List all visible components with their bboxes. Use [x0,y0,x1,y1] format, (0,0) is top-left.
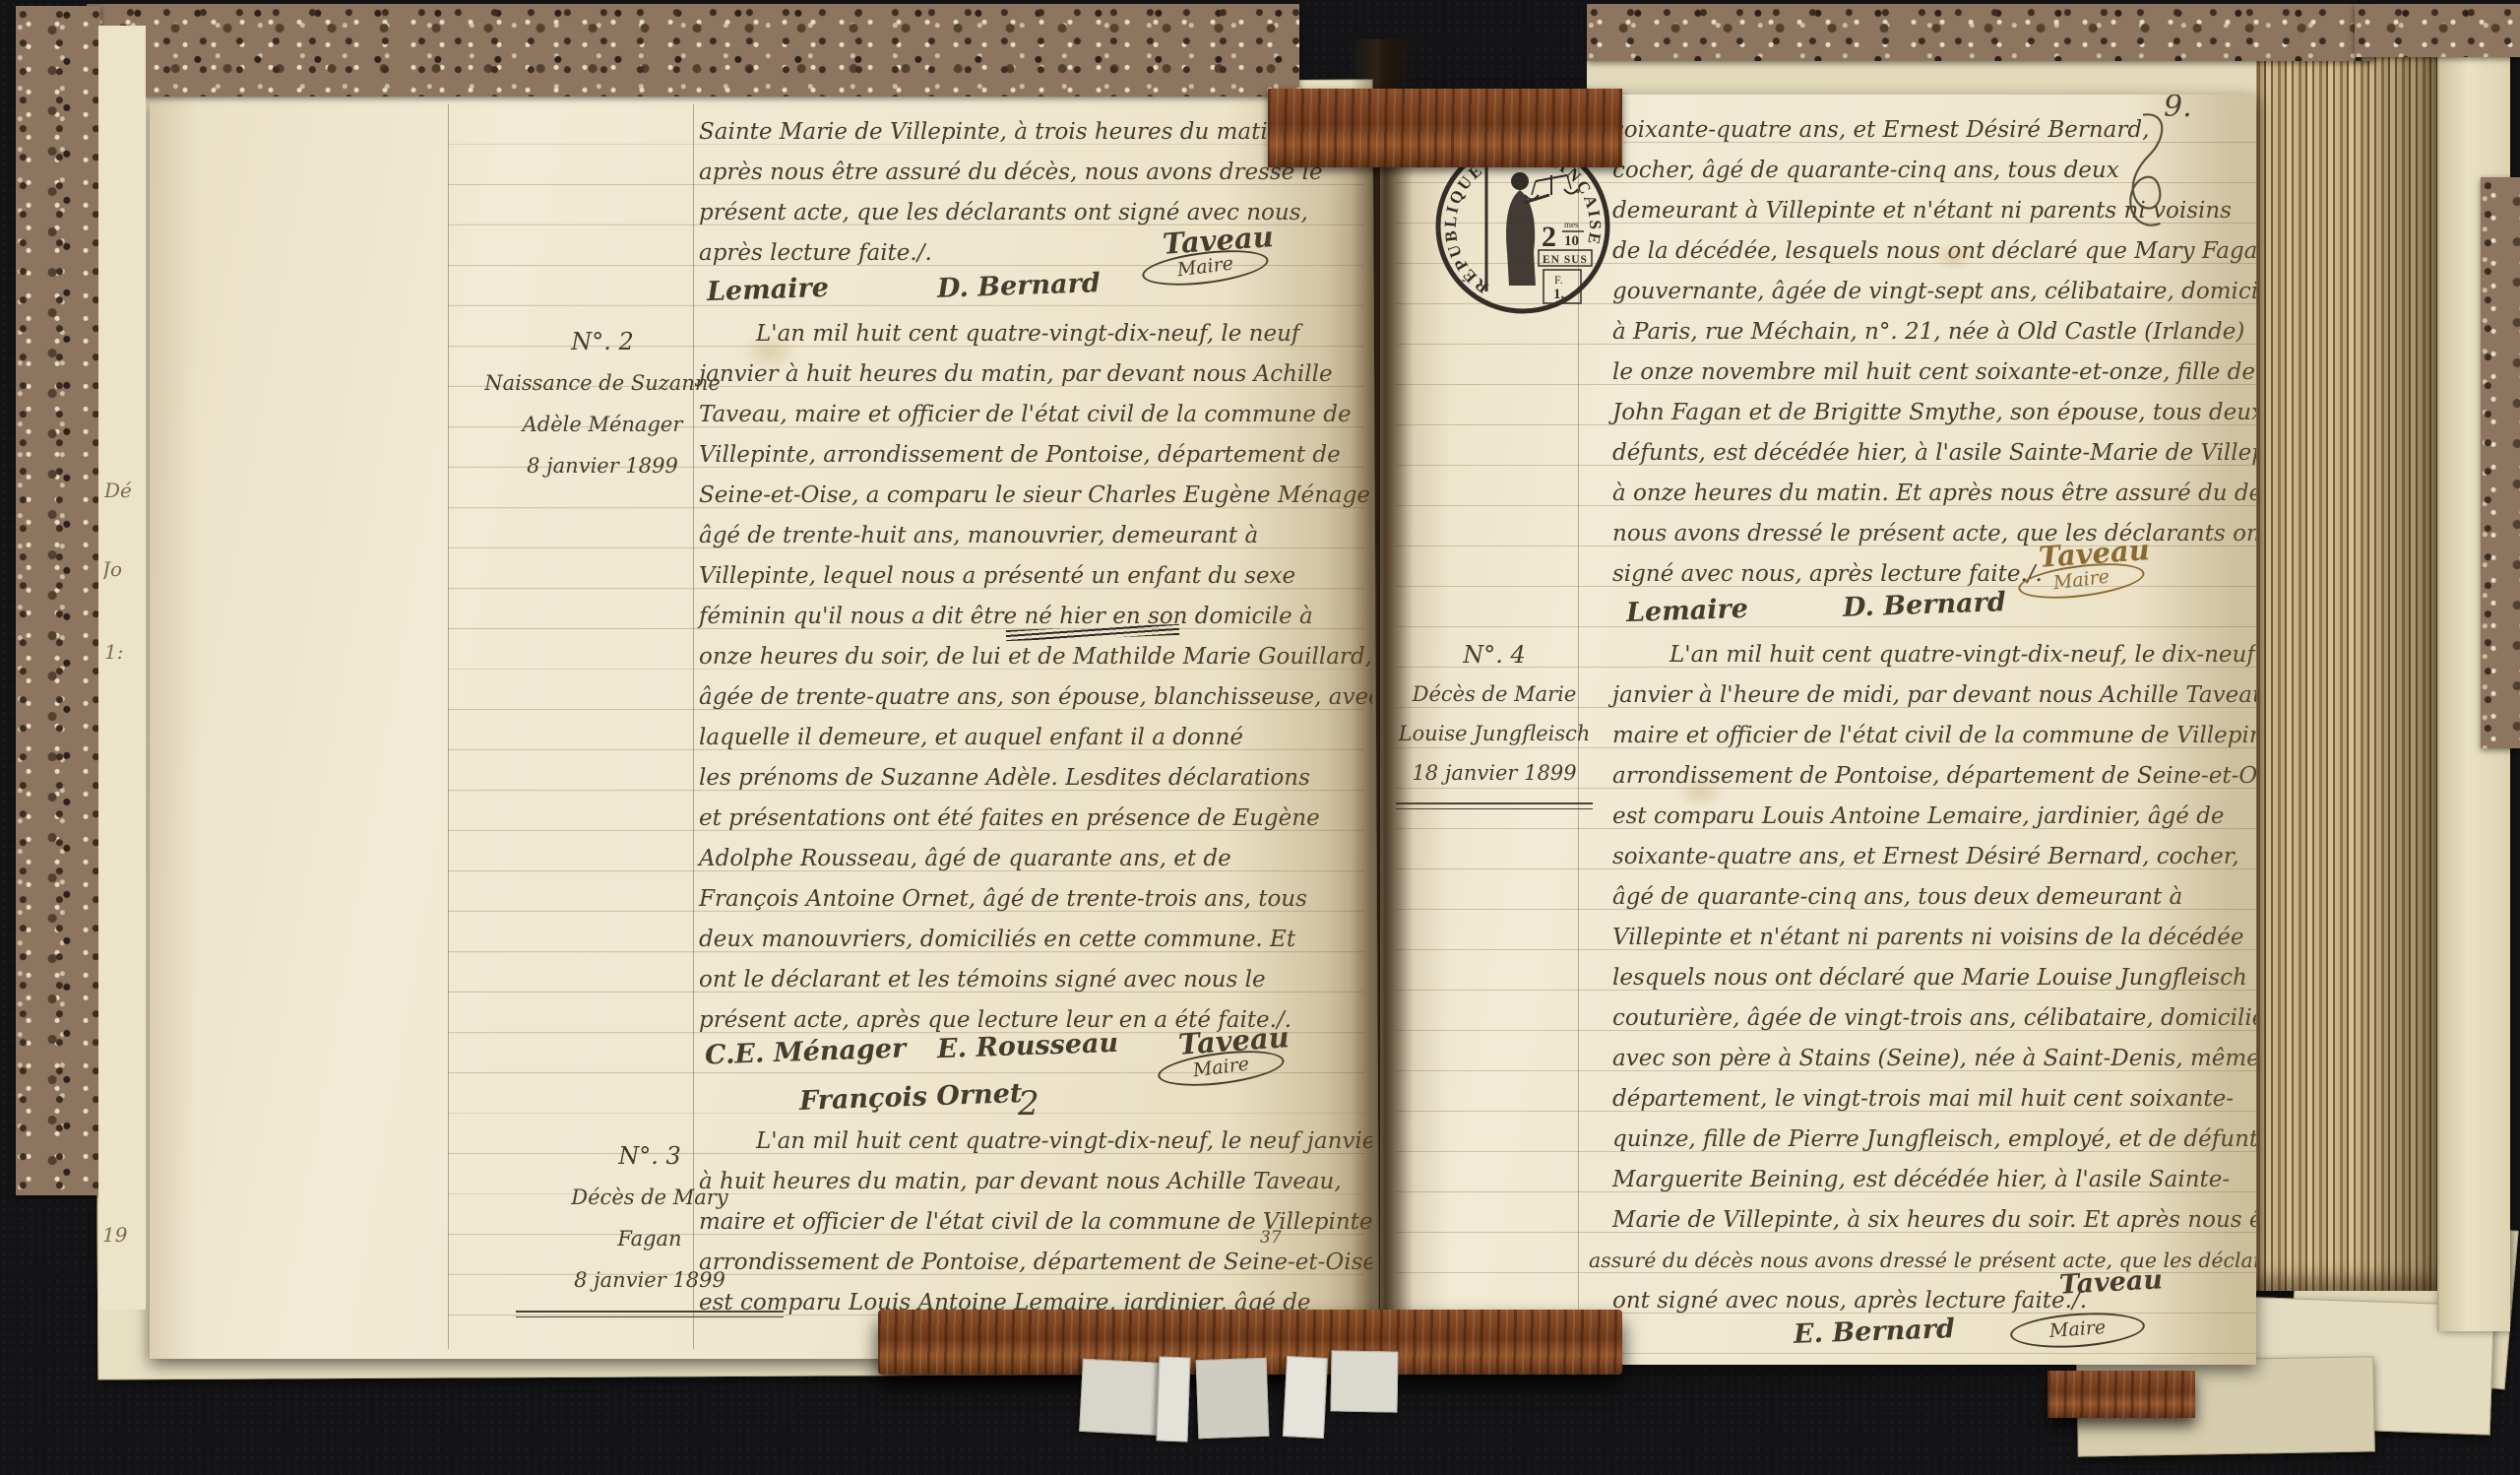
page-marker-slip [1079,1359,1167,1436]
signature-taveau-maire: Taveau Maire [1148,1022,1291,1089]
manuscript-line: Marie de Villepinte, à six heures du soi… [1612,1200,2256,1241]
record-name: Louise Jungfleisch [1386,714,1603,753]
wooden-rod [1268,89,1622,167]
act-3-text: L'an mil huit cent quatre-vingt-dix-neuf… [699,1122,1372,1323]
manuscript-line: âgé de quarante-cinq ans, tous deux deme… [1612,877,2256,918]
register-photograph: Sainte Marie de Villepinte, à trois heur… [0,0,2520,1475]
page-marker-slip [1196,1358,1270,1439]
signature-bernard: E. Bernard [1794,1315,1956,1350]
manuscript-line: gouvernante, âgée de vingt-sept ans, cél… [1612,272,2256,312]
manuscript-line: nous avons dressé le présent acte, que l… [1612,514,2256,554]
marbled-cover-top-left [87,4,1299,96]
act-4-last-line: ont signé avec nous, après lecture faite… [1612,1281,2087,1321]
edge-note-partial: 19 [102,1225,148,1245]
paper-stain [1675,774,1725,809]
stamp-denomination: 2 mes 10 EN SUS F. 1. [1539,220,1592,303]
manuscript-line: janvier à huit heures du matin, par deva… [699,354,1372,395]
book-gutter-shadow [1351,39,1414,1379]
stamp-arc-text-left: RÉPUBLIQUE [1441,160,1492,296]
manuscript-line: L'an mil huit cent quatre-vingt-dix-neuf… [699,314,1372,354]
svg-text:EN SUS: EN SUS [1543,254,1588,266]
marbled-cover-left-strip [16,6,100,1195]
edge-note-partial: Jo [102,559,148,579]
manuscript-line: Villepinte, lequel nous a présenté un en… [699,556,1372,597]
signature-bernard: D. Bernard [937,269,1102,304]
marbled-cover-corner-right [2355,4,2520,57]
manuscript-line: lesquels nous ont déclaré que Marie Loui… [1612,958,2256,998]
svg-text:2: 2 [1542,221,1556,253]
manuscript-line: soixante-quatre ans, et Ernest Désiré Be… [1612,110,2256,151]
manuscript-line: soixante-quatre ans, et Ernest Désiré Be… [1612,837,2256,877]
signature-rousseau: E. Rousseau [937,1029,1119,1064]
signature-lemaire: Lemaire [1626,595,1749,628]
signature-lemaire: Lemaire [707,274,830,307]
page-marker-slip [1283,1356,1328,1439]
manuscript-line: L'an mil huit cent quatre-vingt-dix-neuf… [699,1122,1372,1162]
svg-text:10: 10 [1564,233,1579,249]
margin-note-record-4: N°. 4 Décès de Marie Louise Jungfleisch … [1386,635,1603,809]
signature-taveau: Taveau [2058,1265,2163,1300]
act-4-text: L'an mil huit cent quatre-vingt-dix-neuf… [1612,635,2256,1241]
manuscript-line: Taveau, maire et officier de l'état civi… [699,395,1372,435]
svg-text:RÉPUBLIQUE: RÉPUBLIQUE [1441,160,1492,296]
manuscript-line: janvier à l'heure de midi, par devant no… [1612,675,2256,716]
manuscript-line: et présentations ont été faites en prése… [699,799,1372,839]
manuscript-line: à onze heures du matin. Et après nous êt… [1612,474,2256,514]
act-1-last-line: après lecture faite./. [699,233,932,274]
manuscript-line: ont le déclarant et les témoins signé av… [699,960,1372,1000]
left-page: Sainte Marie de Villepinte, à trois heur… [150,96,1372,1359]
manuscript-line: François Antoine Ornet, âgé de trente-tr… [699,879,1372,920]
signature-taveau-maire: Taveau Maire [1132,222,1276,289]
manuscript-line: John Fagan et de Brigitte Smythe, son ép… [1612,393,2256,433]
manuscript-line: âgé de trente-huit ans, manouvrier, deme… [699,516,1372,556]
paper-stain [1931,242,1975,272]
marbled-cover-top-right [1587,4,2374,61]
manuscript-line: couturière, âgée de vingt-trois ans, cél… [1612,998,2256,1039]
manuscript-line: âgée de trente-quatre ans, son épouse, b… [699,677,1372,718]
manuscript-line: Villepinte et n'étant ni parents ni vois… [1612,918,2256,958]
manuscript-line: L'an mil huit cent quatre-vingt-dix-neuf… [1612,635,2256,675]
page-marker-slip [1157,1356,1191,1442]
manuscript-line: défunts, est décédée hier, à l'asile Sai… [1612,433,2256,474]
pencil-folio-number: 37 [1260,1229,1282,1247]
record-number: N°. 4 [1386,635,1603,674]
manuscript-line: le onze novembre mil huit cent soixante-… [1612,353,2256,393]
paper-stain [740,333,799,372]
edge-note-partial: Dé [104,481,150,500]
margin-divider [1396,802,1593,809]
manuscript-line: Villepinte, arrondissement de Pontoise, … [699,435,1372,476]
page-stack-fore-edge [2252,25,2439,1291]
manuscript-line: quinze, fille de Pierre Jungfleisch, emp… [1612,1120,2256,1160]
wooden-shelf-edge [2047,1371,2195,1418]
manuscript-line: deux manouvriers, domiciliés en cette co… [699,920,1372,960]
record-date: 18 janvier 1899 [1386,753,1603,793]
signature-taveau-maire: Taveau Maire [2008,535,2152,602]
page-marker-slip [1330,1350,1398,1412]
manuscript-line: les prénoms de Suzanne Adèle. Lesdites d… [699,758,1372,799]
manuscript-line: maire et officier de l'état civil de la … [1612,716,2256,756]
svg-text:mes: mes [1564,220,1579,229]
svg-text:1.: 1. [1553,287,1565,302]
marbled-cover-right-patch [2481,177,2520,748]
signature-bernard: D. Bernard [1843,588,2007,623]
manuscript-line: Adolphe Rousseau, âgé de quarante ans, e… [699,839,1372,879]
right-page: RÉPUBLIQUE FRANÇAISE 2 mes 10 [1380,95,2256,1365]
act-3-continued-text: soixante-quatre ans, et Ernest Désiré Be… [1612,110,2256,554]
manuscript-line: cocher, âgé de quarante-cinq ans, tous d… [1612,151,2256,191]
manuscript-line: onze heures du soir, de lui et de Mathil… [699,637,1372,677]
svg-text:F.: F. [1554,273,1563,287]
manuscript-line: demeurant à Villepinte et n'étant ni par… [1612,191,2256,231]
manuscript-line: à huit heures du matin, par devant nous … [699,1162,1372,1202]
manuscript-line: laquelle il demeure, et auquel enfant il… [699,718,1372,758]
manuscript-line: arrondissement de Pontoise, département … [699,1243,1372,1283]
endpaper-edge-left [98,26,146,1310]
manuscript-line: Marguerite Beining, est décédée hier, à … [1612,1160,2256,1200]
manuscript-line: département, le vingt-trois mai mil huit… [1612,1079,2256,1120]
manuscript-line: avec son père à Stains (Seine), née à Sa… [1612,1039,2256,1079]
manuscript-line: Seine-et-Oise, a comparu le sieur Charle… [699,476,1372,516]
act-2-text: L'an mil huit cent quatre-vingt-dix-neuf… [699,314,1372,1041]
record-type: Décès de Marie [1386,674,1603,714]
manuscript-line: à Paris, rue Méchain, n°. 21, née à Old … [1612,312,2256,353]
edge-note-partial: 1: [104,642,150,662]
